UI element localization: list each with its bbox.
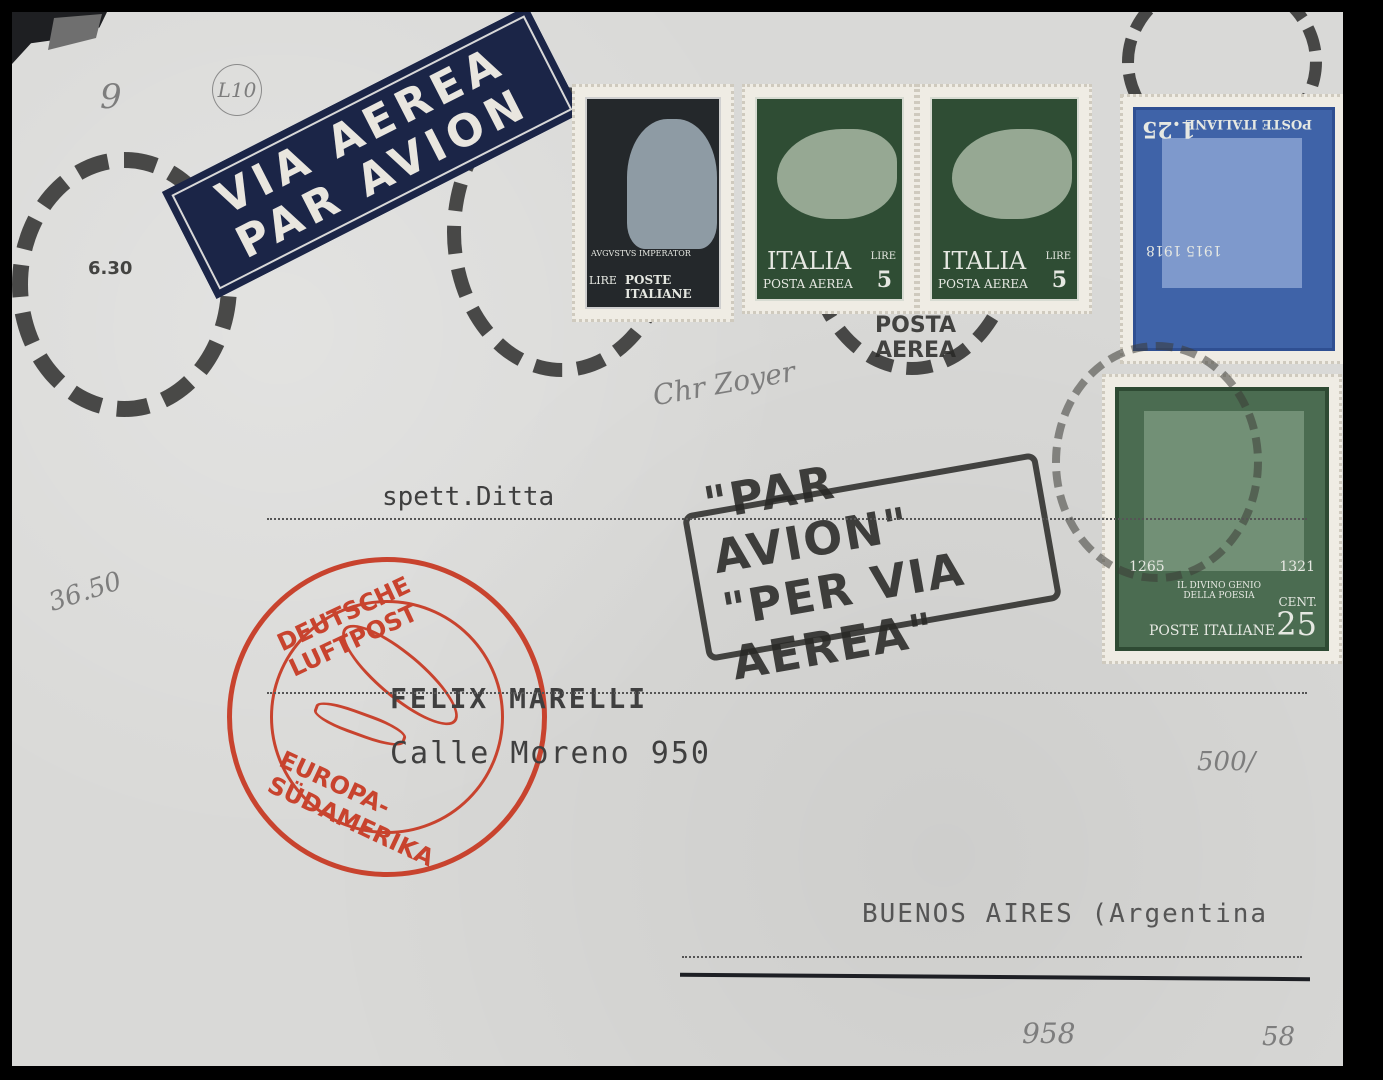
stamp-country: POSTE ITALIANE bbox=[1185, 116, 1312, 131]
soldier-scene-icon bbox=[1162, 138, 1302, 288]
zeppelin-cachet: DEUTSCHE LUFTPOST EUROPA-SÜDAMERIKA bbox=[227, 557, 547, 877]
address-dotted-line-1 bbox=[267, 518, 1307, 520]
stamp-value: 1.25 bbox=[1142, 116, 1196, 142]
stamp-victory-inverted: POSTE ITALIANE 1.25 1915 1918 bbox=[1120, 94, 1343, 364]
par-avion-handstamp: "PAR AVION" "PER VIA AEREA" bbox=[682, 452, 1063, 662]
stamp-service: POSTA AEREA bbox=[938, 277, 1028, 291]
pegasus-icon bbox=[777, 129, 897, 219]
address-underline bbox=[680, 973, 1310, 981]
stamp-currency: LIRE bbox=[589, 274, 617, 287]
stamp-value: 5 bbox=[877, 267, 892, 293]
envelope: 9 L10 36.50 Chr Zoyer 500/ 958 58 6.30 P… bbox=[12, 12, 1343, 1066]
circled-code: L10 bbox=[218, 78, 257, 102]
stamp-inscription: AVGVSTVS IMPERATOR bbox=[591, 249, 691, 258]
pegasus-icon bbox=[952, 129, 1072, 219]
stamp-year-right: 1321 bbox=[1279, 559, 1315, 575]
pencil-note-bottom-2: 58 bbox=[1262, 1022, 1295, 1052]
postmark-dante bbox=[1052, 342, 1262, 582]
stamp-currency: LIRE bbox=[871, 251, 896, 262]
pencil-signature: Chr Zoyer bbox=[650, 355, 797, 412]
postmark-date: 6.30 bbox=[88, 258, 132, 279]
address-dotted-line-2 bbox=[267, 692, 1307, 694]
stamp-augustus: AVGVSTVS IMPERATOR LIRE POSTE ITALIANE bbox=[572, 84, 734, 322]
stamp-years: 1915 1918 bbox=[1146, 242, 1222, 258]
address-city: BUENOS AIRES (Argentina bbox=[862, 899, 1268, 929]
stamp-pegasus-2: ITALIA POSTA AEREA LIRE 5 bbox=[917, 84, 1092, 314]
stamp-pegasus-1: ITALIA POSTA AEREA LIRE 5 bbox=[742, 84, 917, 314]
stamp-value: 25 bbox=[1276, 605, 1317, 643]
pencil-note-right: 500/ bbox=[1197, 747, 1255, 777]
stamp-country: POSTE ITALIANE bbox=[625, 273, 719, 301]
pencil-note-number: 9 bbox=[100, 77, 122, 117]
address-dotted-line-3 bbox=[682, 956, 1302, 958]
address-name: FELIX MARELLI bbox=[390, 682, 648, 715]
stamp-country: POSTE ITALIANE bbox=[1149, 623, 1275, 639]
stamp-country: ITALIA bbox=[942, 247, 1026, 275]
postmark-text: POSTA AEREA bbox=[875, 313, 1009, 363]
stamp-country: ITALIA bbox=[767, 247, 851, 275]
pencil-note-price: 36.50 bbox=[45, 566, 125, 618]
augustus-portrait-icon bbox=[627, 119, 717, 249]
stamp-caption: IL DIVINO GENIO DELLA POESIA bbox=[1169, 581, 1269, 601]
address-street: Calle Moreno 950 bbox=[390, 736, 711, 771]
pencil-note-bottom-1: 958 bbox=[1022, 1017, 1075, 1050]
stamp-service: POSTA AEREA bbox=[763, 277, 853, 291]
stamp-currency: LIRE bbox=[1046, 251, 1071, 262]
pencil-note-circled: L10 bbox=[212, 64, 262, 116]
stamp-value: 5 bbox=[1052, 267, 1067, 293]
address-salutation: spett.Ditta bbox=[382, 482, 554, 512]
